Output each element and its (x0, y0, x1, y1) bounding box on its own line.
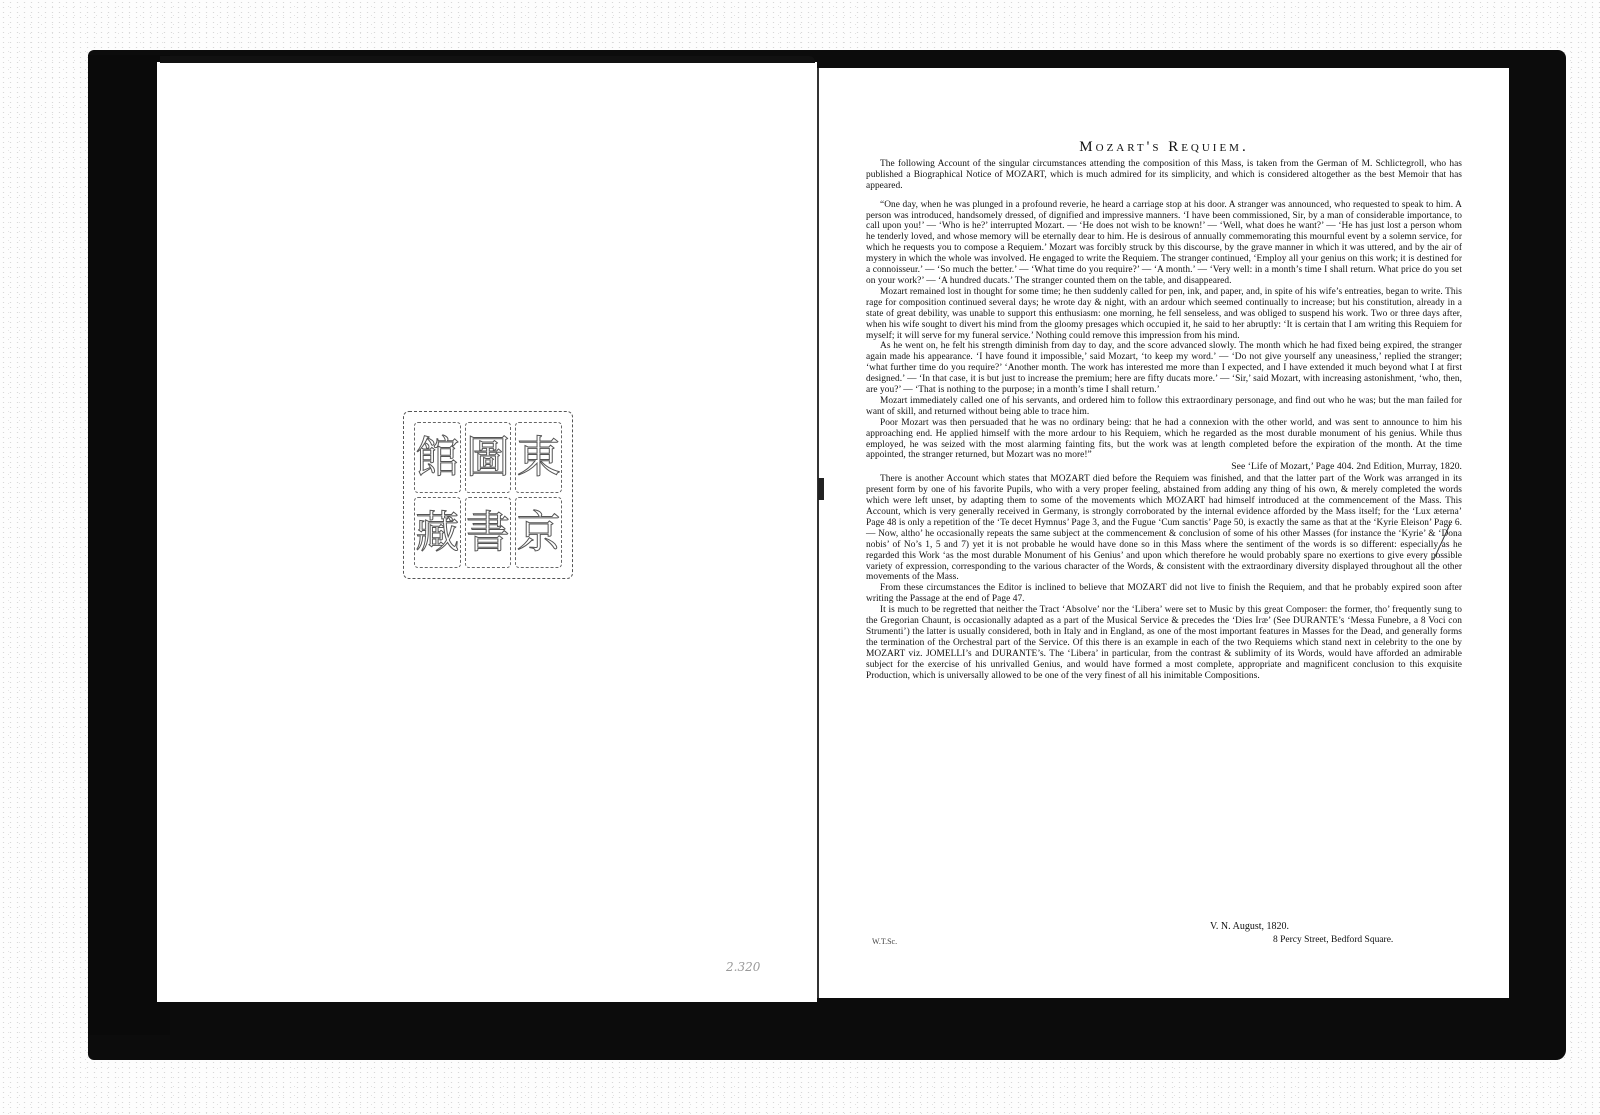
seal-character: 館 (414, 422, 461, 493)
page-title: Mozart's Requiem. (866, 142, 1462, 153)
seal-character: 圖 (465, 422, 512, 493)
story-paragraph: Poor Mozart was then persuaded that he w… (866, 418, 1462, 462)
citation: See ‘Life of Mozart,’ Page 404. 2nd Edit… (866, 462, 1462, 473)
story-paragraph: Mozart remained lost in thought for some… (866, 287, 1462, 342)
story-paragraph: “One day, when he was plunged in a profo… (866, 200, 1462, 287)
intro-paragraph: The following Account of the singular ci… (866, 159, 1462, 192)
editorial-paragraph: There is another Account which states th… (866, 474, 1462, 583)
editorial-paragraph: It is much to be regretted that neither … (866, 605, 1462, 681)
seal-stamp: 館 圖 東 藏 書 京 (403, 411, 573, 579)
right-page-text: Mozart's Requiem. The following Account … (866, 142, 1462, 682)
story-paragraph: Mozart immediately called one of his ser… (866, 396, 1462, 418)
pencil-mark: 2.320 (726, 960, 760, 974)
editorial-paragraph: From these circumstances the Editor is i… (866, 583, 1462, 605)
left-page-top-edge (160, 56, 815, 63)
address: 8 Percy Street, Bedford Square. (1273, 935, 1393, 945)
gutter-clip (818, 478, 824, 500)
signature-date: V. N. August, 1820. (1210, 921, 1289, 932)
seal-character: 東 (515, 422, 562, 493)
seal-character: 京 (515, 497, 562, 568)
story-paragraph: As he went on, he felt his strength dimi… (866, 341, 1462, 396)
engraver-mark: W.T.Sc. (872, 937, 897, 946)
seal-character: 書 (465, 497, 512, 568)
seal-character: 藏 (414, 497, 461, 568)
